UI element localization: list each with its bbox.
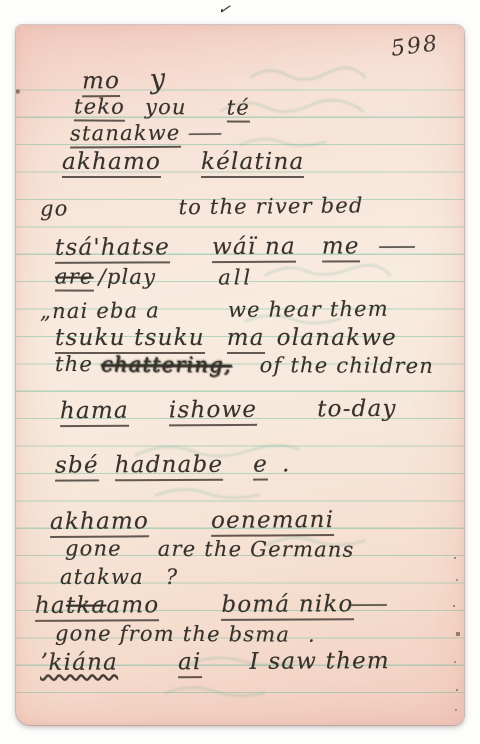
- word-underlined: bomá niko: [221, 591, 353, 621]
- word: all: [218, 265, 253, 289]
- word-underlined: stanakwe: [70, 121, 181, 149]
- word: you: [145, 95, 187, 119]
- word-underlined: tsuku tsuku: [55, 325, 205, 354]
- word-underlined: kélatina: [201, 149, 304, 178]
- word-struck: are: [55, 264, 94, 291]
- word-underlined: me: [322, 233, 360, 262]
- word: the: [55, 352, 93, 376]
- word: gone: [65, 536, 122, 560]
- word-part-struck: tka: [66, 593, 107, 622]
- word: of the children: [260, 353, 434, 378]
- word: gone from the bsma: [55, 621, 290, 646]
- word-underlined: ishowe: [169, 397, 258, 427]
- handwritten-line: hatkaamobomá niko—: [35, 591, 382, 622]
- word-underlined: ma: [227, 325, 265, 354]
- handwritten-line: tsuku tsukumaolanakwe: [55, 325, 397, 354]
- margin-specks: [454, 557, 456, 559]
- word-underlined: hama: [60, 398, 129, 427]
- word: to the river bed: [178, 193, 363, 219]
- handwritten-line: thechattering,of the children: [55, 352, 434, 378]
- word-underlined-wavy: ʼkiána: [40, 650, 118, 676]
- word-underlined: akhamo: [50, 508, 149, 538]
- word: to-day: [317, 396, 397, 423]
- handwritten-line: atakwa?: [60, 565, 178, 589]
- word: go: [40, 196, 69, 220]
- handwritten-line: akhamooenemani: [50, 507, 334, 538]
- word-underlined: tsá'hatse: [55, 234, 170, 264]
- word: ?: [166, 565, 178, 589]
- check-mark-icon: ✓: [217, 0, 233, 19]
- handwritten-line: akhamokélatina: [62, 149, 304, 178]
- handwritten-line: tsá'hatsewáï name—: [55, 233, 410, 264]
- handwritten-line: stanakwe—: [70, 120, 217, 148]
- word-part: amo: [106, 592, 159, 621]
- flourish-dash: —: [187, 120, 225, 144]
- handwritten-line: goto the river bed: [40, 193, 364, 220]
- word: y: [149, 63, 168, 95]
- word-underlined: teko: [74, 94, 125, 121]
- word: atakwa: [60, 565, 144, 589]
- word-underlined: oenemani: [211, 507, 334, 537]
- word: olanakwe: [277, 325, 397, 351]
- word-part: ha: [35, 593, 66, 622]
- page-number: 598: [390, 31, 441, 62]
- handwritten-line: ʼkiánaaiI saw them: [40, 648, 390, 679]
- word-blotted: chattering,: [101, 352, 232, 377]
- word-underlined: akhamo: [62, 149, 161, 178]
- word-underlined: ai: [178, 649, 202, 678]
- word-underlined: mo: [82, 68, 120, 97]
- flourish-dash: —: [349, 591, 390, 617]
- word: .: [308, 623, 316, 647]
- handwritten-line: gone from the bsma.: [55, 621, 316, 646]
- word: we hear them: [228, 297, 389, 322]
- word-underlined: hadnabe: [115, 452, 224, 482]
- word: .: [282, 451, 291, 477]
- handwritten-line: are/playall: [55, 264, 253, 292]
- word-underlined: e: [253, 452, 268, 481]
- word-underlined: té: [227, 95, 250, 122]
- word: I saw them: [249, 648, 390, 675]
- handwritten-line: moy: [82, 64, 167, 98]
- word: are the Germans: [158, 537, 355, 562]
- handwritten-line: hamaishoweto-day: [60, 396, 397, 427]
- word: „nai eba a: [40, 298, 160, 323]
- handwritten-line: „nai eba awe hear them: [40, 297, 389, 323]
- word-underlined: wáï na: [212, 234, 296, 263]
- scan-background: { "scan": { "check_mark": "✓", "page_num…: [0, 0, 480, 744]
- handwritten-line: goneare the Germans: [65, 536, 355, 562]
- word-underlined: sbé: [55, 452, 99, 481]
- word: /play: [99, 265, 157, 289]
- flourish-dash: —: [377, 233, 418, 259]
- handwritten-line: tekoyouté: [74, 94, 250, 122]
- handwritten-line: sbéhadnabee.: [55, 451, 291, 481]
- ink-blot: [16, 89, 21, 94]
- notebook-page: 598 moy tekoyouté stanakwe— akhamokélati…: [16, 25, 464, 725]
